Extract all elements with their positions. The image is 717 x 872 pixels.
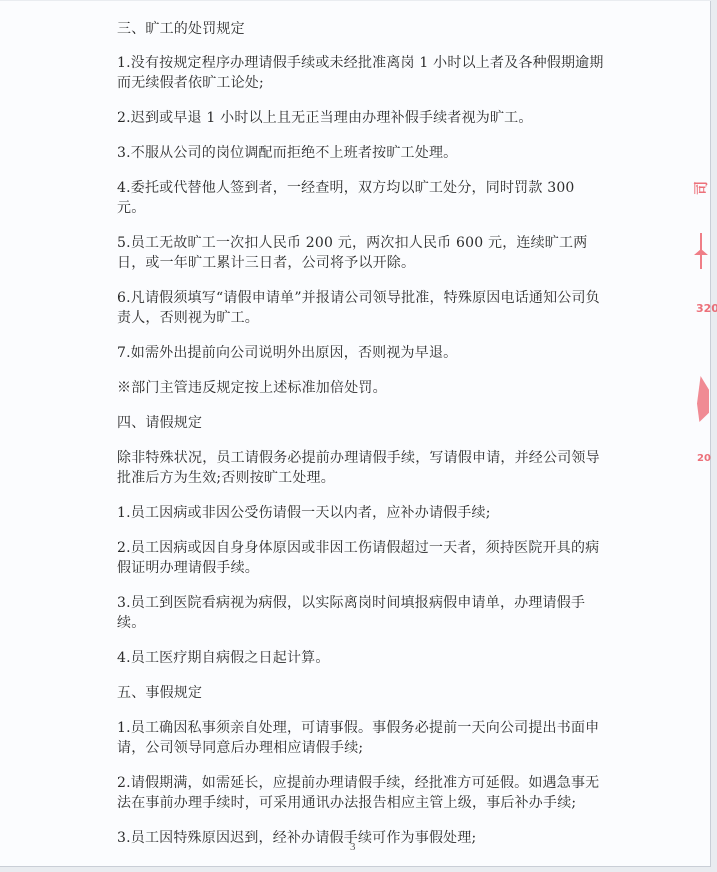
paragraph: 3.员工到医院看病视为病假，以实际离岗时间填报病假申请单，办理请假手续。 [117,593,607,633]
seal-stamp-fragment [697,233,705,269]
paragraph: 2.员工因病或因自身身体原因或非因工伤请假超过一天者，须持医院开具的病假证明办理… [117,538,607,578]
paragraph: 3.不服从公司的岗位调配而拒绝不上班者按旷工处理。 [117,143,607,163]
section-heading-absenteeism: 三、旷工的处罚规定 [117,19,607,39]
paragraph: 除非特殊状况，员工请假务必提前办理请假手续，写请假申请，并经公司领导批准后方为生… [117,448,607,488]
seal-stamp-fragment: 320 [696,303,717,314]
paragraph: 3.员工因特殊原因迟到，经补办请假手续可作为事假处理; [117,828,607,848]
note-paragraph: ※部门主管违反规定按上述标准加倍处罚。 [117,378,607,398]
paragraph: 1.员工确因私事须亲自处理，可请事假。事假务必提前一天向公司提出书面申请，公司领… [117,718,607,758]
paragraph: 6.凡请假须填写“请假申请单”并报请公司领导批准，特殊原因电话通知公司负责人，否… [117,288,607,328]
page-number: 3 [350,841,356,853]
seal-stamp-fragment: 司 [691,181,711,195]
document-page: 三、旷工的处罚规定 1.没有按规定程序办理请假手续或未经批准离岗 1 小时以上者… [0,1,711,867]
section-heading-personal-leave: 五、事假规定 [117,683,607,703]
paragraph: 4.委托或代替他人签到者，一经查明，双方均以旷工处分，同时罚款 300 元。 [117,178,607,218]
paragraph: 2.请假期满，如需延长，应提前办理请假手续，经批准方可延假。如遇急事无法在事前办… [117,773,607,813]
paragraph: 1.员工因病或非因公受伤请假一天以内者，应补办请假手续; [117,503,607,523]
paragraph: 2.迟到或早退 1 小时以上且无正当理由办理补假手续者视为旷工。 [117,108,607,128]
paragraph: 5.员工无故旷工一次扣人民币 200 元，两次扣人民币 600 元，连续旷工两日… [117,233,607,273]
paragraph: 1.没有按规定程序办理请假手续或未经批准离岗 1 小时以上者及各种假期逾期而无续… [117,53,607,93]
seal-stamp-fragment: 20 [697,453,711,464]
paragraph: 7.如需外出提前向公司说明外出原因，否则视为早退。 [117,343,607,363]
page-content: 三、旷工的处罚规定 1.没有按规定程序办理请假手续或未经批准离岗 1 小时以上者… [117,19,607,863]
paragraph: 4.员工医疗期自病假之日起计算。 [117,648,607,668]
section-heading-leave: 四、请假规定 [117,413,607,433]
seal-stamp-fragment [697,376,709,422]
